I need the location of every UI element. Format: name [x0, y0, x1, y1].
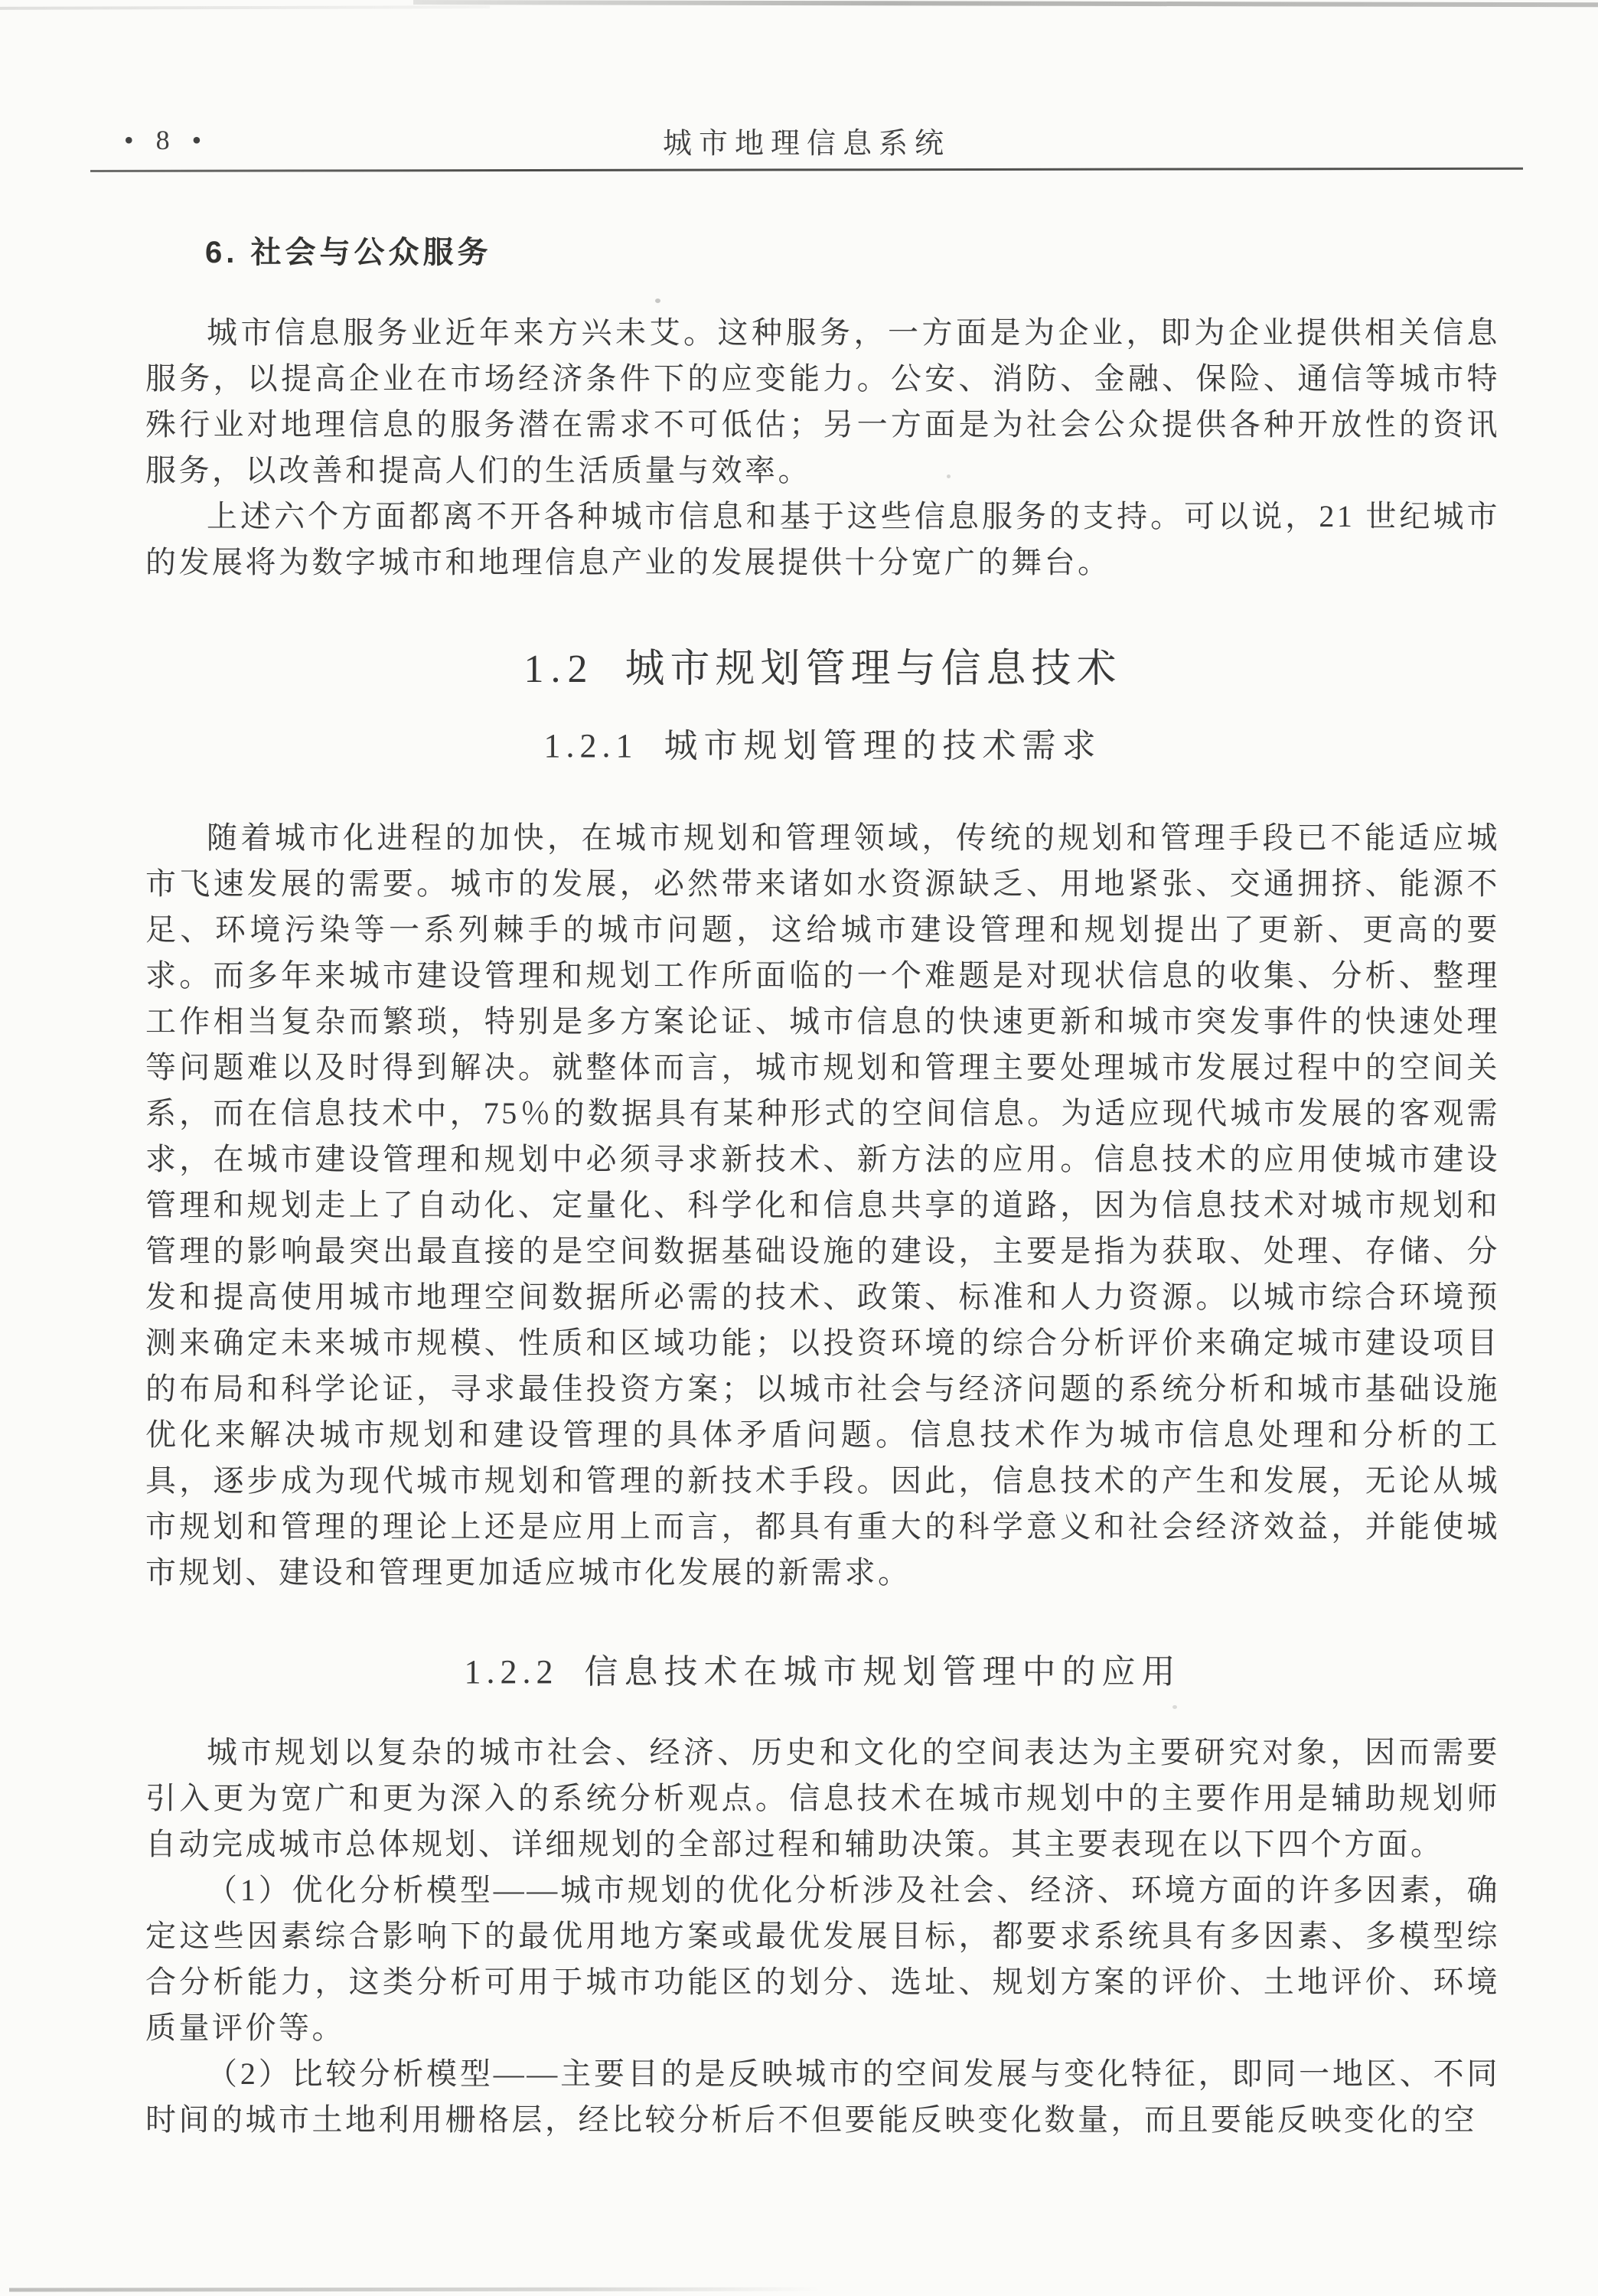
book-page: • 8 • 城市地理信息系统 6. 社会与公众服务 城市信息服务业近年来方兴未艾… — [0, 0, 1598, 2296]
section-heading-1-2: 1.2城市规划管理与信息技术 — [145, 643, 1500, 696]
section-number: 1.2.1 — [544, 727, 638, 765]
scan-artifact-bottom — [9, 2288, 820, 2292]
running-title: 城市地理信息系统 — [90, 119, 1523, 161]
paragraph-item6-2: 上述六个方面都离不开各种城市信息和基于这些信息服务的支持。可以说，21 世纪城市… — [145, 494, 1500, 585]
section-title: 城市规划管理与信息技术 — [625, 647, 1121, 691]
scan-artifact-top-left — [0, 5, 490, 10]
paragraph-1-2-1: 随着城市化进程的加快，在城市规划和管理领域，传统的规划和管理手段已不能适应城市飞… — [145, 815, 1500, 1596]
section-number: 1.2.2 — [465, 1653, 559, 1691]
paragraph-1-2-2-item2: （2）比较分析模型——主要目的是反映城市的空间发展与变化特征，即同一地区、不同时… — [145, 2051, 1500, 2143]
section-heading-1-2-1: 1.2.1城市规划管理的技术需求 — [145, 723, 1500, 769]
section-title: 信息技术在城市规划管理中的应用 — [585, 1653, 1182, 1691]
section-title: 城市规划管理的技术需求 — [664, 727, 1102, 765]
scan-artifact-top — [413, 0, 1598, 7]
paragraph-1-2-2-item1: （1）优化分析模型——城市规划的优化分析涉及社会、经济、环境方面的许多因素，确定… — [145, 1867, 1500, 2051]
section-number: 1.2 — [523, 647, 594, 691]
page-body: 6. 社会与公众服务 城市信息服务业近年来方兴未艾。这种服务，一方面是为企业，即… — [145, 230, 1500, 2143]
section-heading-1-2-2: 1.2.2信息技术在城市规划管理中的应用 — [145, 1649, 1500, 1695]
paragraph-item6-1: 城市信息服务业近年来方兴未艾。这种服务，一方面是为企业，即为企业提供相关信息服务… — [145, 310, 1500, 494]
list-heading-6: 6. 社会与公众服务 — [145, 230, 1500, 276]
paragraph-1-2-2-intro: 城市规划以复杂的城市社会、经济、历史和文化的空间表达为主要研究对象，因而需要引入… — [145, 1730, 1500, 1867]
running-header: • 8 • 城市地理信息系统 — [90, 115, 1523, 170]
